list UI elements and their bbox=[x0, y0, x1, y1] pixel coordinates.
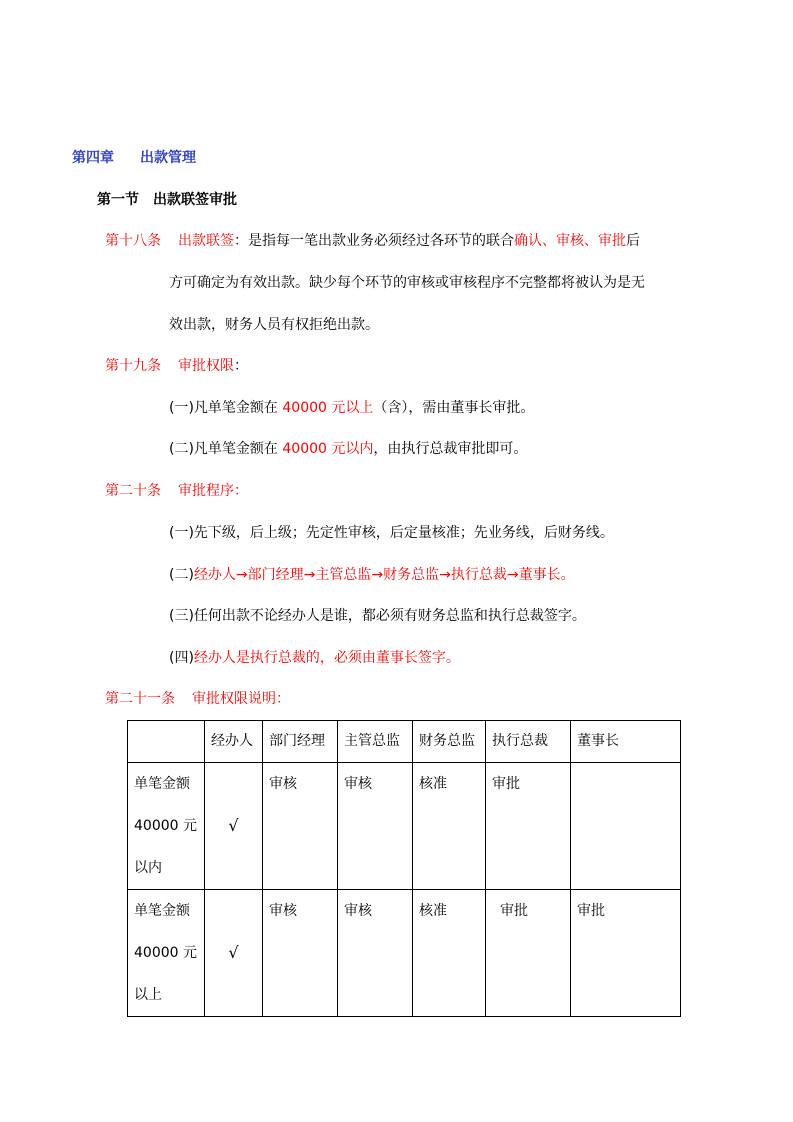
item-highlight: 经办人是执行总裁的，必须由董事长签字。 bbox=[194, 650, 460, 666]
checkmark-icon: √ bbox=[205, 763, 263, 890]
article-19: 第十九条审批权限： bbox=[105, 356, 248, 376]
item-prefix: (四) bbox=[169, 650, 194, 666]
table-header-cell: 经办人 bbox=[205, 721, 263, 763]
article-21-title: 审批权限说明： bbox=[192, 691, 290, 707]
item-highlight: 经办人→部门经理→主管总监→财务总监→执行总裁→董事长。 bbox=[194, 567, 575, 583]
article-19-label: 第十九条 bbox=[105, 358, 161, 374]
approval-permission-table: 经办人 部门经理 主管总监 财务总监 执行总裁 董事长 单笔金额 40000 元… bbox=[127, 720, 681, 1017]
table-cell: 审批 bbox=[486, 890, 571, 1017]
row-label-line: 40000 元 bbox=[134, 932, 198, 974]
table-cell: 核准 bbox=[413, 763, 486, 890]
article-21: 第二十一条审批权限说明： bbox=[105, 689, 290, 709]
table-cell: 审批 bbox=[571, 890, 681, 1017]
article-18-colon: ： bbox=[234, 233, 248, 249]
article-20-label: 第二十条 bbox=[105, 483, 161, 499]
table-cell: 审核 bbox=[338, 890, 413, 1017]
table-header-cell: 执行总裁 bbox=[486, 721, 571, 763]
row-label-line: 以上 bbox=[134, 974, 198, 1016]
row-label-cell: 单笔金额 40000 元 以内 bbox=[128, 763, 205, 890]
table-cell bbox=[571, 763, 681, 890]
article-19-colon: ： bbox=[234, 358, 248, 374]
table-header-cell: 部门经理 bbox=[263, 721, 338, 763]
table-cell: 审核 bbox=[338, 763, 413, 890]
article-18-title: 出款联签 bbox=[178, 233, 234, 249]
table-cell: 核准 bbox=[413, 890, 486, 1017]
article-19-title: 审批权限 bbox=[178, 358, 234, 374]
article-20: 第二十条审批程序： bbox=[105, 481, 248, 501]
table-header-cell bbox=[128, 721, 205, 763]
item-text: (三)任何出款不论经办人是谁，都必须有财务总监和执行总裁签字。 bbox=[169, 608, 586, 624]
table-row: 单笔金额 40000 元 以上 √ 审核 审核 核准 审批 审批 bbox=[128, 890, 681, 1017]
item-text: (一)先下级，后上级；先定性审核，后定量核准；先业务线，后财务线。 bbox=[169, 525, 614, 541]
section-heading: 第一节出款联签审批 bbox=[97, 190, 237, 210]
section-title: 出款联签审批 bbox=[153, 192, 237, 208]
article-18-highlight: 确认、审核、审批 bbox=[514, 233, 626, 249]
item-prefix: (一)凡单笔金额在 bbox=[169, 400, 282, 416]
section-number: 第一节 bbox=[97, 192, 139, 208]
item-suffix: （含），需由董事长审批。 bbox=[373, 400, 534, 416]
article-20-item-2: (二)经办人→部门经理→主管总监→财务总监→执行总裁→董事长。 bbox=[169, 565, 575, 585]
article-18-text1: 是指每一笔出款业务必须经过各环节的联合 bbox=[248, 233, 514, 249]
article-18: 第十八条出款联签：是指每一笔出款业务必须经过各环节的联合确认、审核、审批后 bbox=[105, 231, 640, 251]
article-20-title: 审批程序： bbox=[178, 483, 248, 499]
checkmark-icon: √ bbox=[205, 890, 263, 1017]
article-18-line3: 效出款，财务人员有权拒绝出款。 bbox=[169, 315, 379, 335]
table-row: 单笔金额 40000 元 以内 √ 审核 审核 核准 审批 bbox=[128, 763, 681, 890]
table-header-cell: 主管总监 bbox=[338, 721, 413, 763]
table-header-cell: 财务总监 bbox=[413, 721, 486, 763]
article-18-label: 第十八条 bbox=[105, 233, 161, 249]
item-prefix: (二)凡单笔金额在 bbox=[169, 441, 282, 457]
table-cell: 审核 bbox=[263, 890, 338, 1017]
item-prefix: (二) bbox=[169, 567, 194, 583]
article-18-text2: 后 bbox=[626, 233, 640, 249]
row-label-cell: 单笔金额 40000 元 以上 bbox=[128, 890, 205, 1017]
table-cell: 审核 bbox=[263, 763, 338, 890]
article-19-item-1: (一)凡单笔金额在 40000 元以上（含），需由董事长审批。 bbox=[169, 398, 534, 418]
item-suffix: ，由执行总裁审批即可。 bbox=[373, 441, 527, 457]
item-highlight: 40000 元以内 bbox=[282, 441, 373, 457]
row-label-line: 40000 元 bbox=[134, 805, 198, 847]
item-highlight: 40000 元以上 bbox=[282, 400, 373, 416]
chapter-title: 出款管理 bbox=[140, 150, 196, 166]
chapter-heading: 第四章出款管理 bbox=[72, 148, 196, 168]
article-20-item-4: (四)经办人是执行总裁的，必须由董事长签字。 bbox=[169, 648, 460, 668]
table-header-cell: 董事长 bbox=[571, 721, 681, 763]
article-18-line2: 方可确定为有效出款。缺少每个环节的审核或审核程序不完整都将被认为是无 bbox=[169, 273, 645, 293]
article-19-item-2: (二)凡单笔金额在 40000 元以内，由执行总裁审批即可。 bbox=[169, 439, 527, 459]
row-label-line: 单笔金额 bbox=[134, 763, 198, 805]
table-cell: 审批 bbox=[486, 763, 571, 890]
chapter-number: 第四章 bbox=[72, 150, 114, 166]
article-20-item-1: (一)先下级，后上级；先定性审核，后定量核准；先业务线，后财务线。 bbox=[169, 523, 614, 543]
article-20-item-3: (三)任何出款不论经办人是谁，都必须有财务总监和执行总裁签字。 bbox=[169, 606, 586, 626]
row-label-line: 单笔金额 bbox=[134, 890, 198, 932]
article-21-label: 第二十一条 bbox=[105, 691, 175, 707]
table-header-row: 经办人 部门经理 主管总监 财务总监 执行总裁 董事长 bbox=[128, 721, 681, 763]
row-label-line: 以内 bbox=[134, 847, 198, 889]
